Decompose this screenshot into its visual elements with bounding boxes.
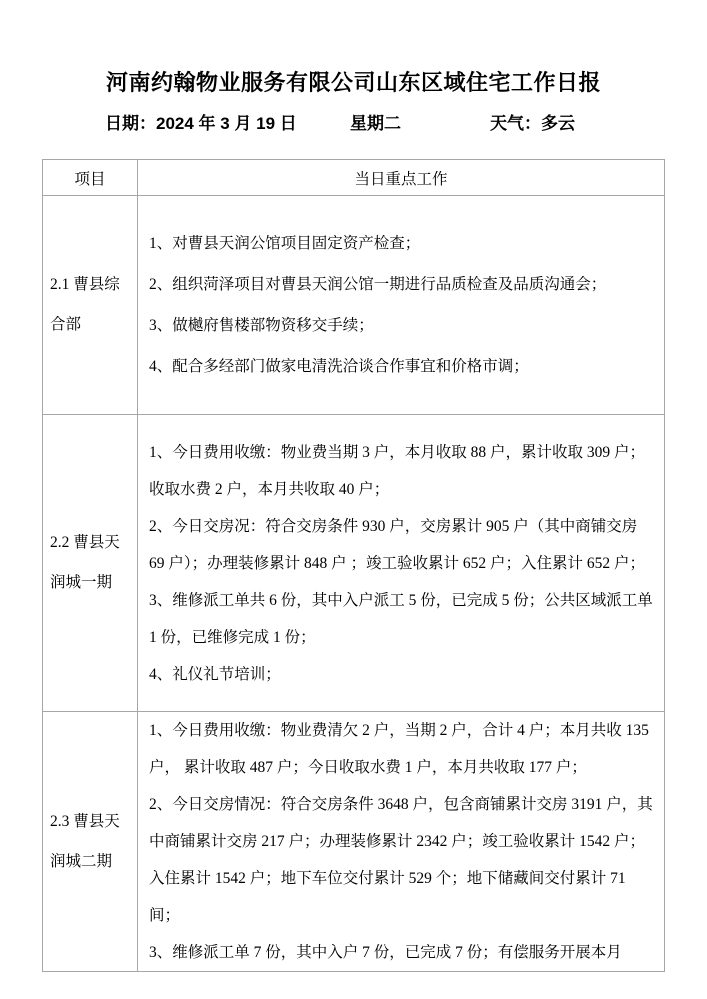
work-item: 2、今日交房情况：符合交房条件 3648 户，包含商铺累计交房 3191 户，其… xyxy=(149,786,656,934)
report-date: 日期：2024 年 3 月 19 日 xyxy=(105,109,297,134)
work-item: 3、维修派工单 7 份，其中入户 7 份，已完成 7 份；有偿服务开展本月 xyxy=(149,934,656,971)
work-item: 3、做樾府售楼部物资移交手续； xyxy=(149,305,656,346)
work-cell: 1、今日费用收缴：物业费清欠 2 户，当期 2 户，合计 4 户；本月共收 13… xyxy=(138,712,665,972)
report-weather: 天气：多云 xyxy=(490,109,575,134)
page-title: 河南约翰物业服务有限公司山东区域住宅工作日报 xyxy=(0,66,707,97)
project-cell: 2.2 曹县天润城一期 xyxy=(43,415,138,712)
work-item: 4、配合多经部门做家电清洗洽谈合作事宜和价格市调； xyxy=(149,346,656,387)
work-item: 4、礼仪礼节培训； xyxy=(149,656,656,693)
report-meta: 日期：2024 年 3 月 19 日 星期二 天气：多云 xyxy=(0,109,707,135)
table-row: 2.2 曹县天润城一期 1、今日费用收缴：物业费当期 3 户，本月收取 88 户… xyxy=(43,415,665,712)
table-row: 2.1 曹县综合部 1、对曹县天润公馆项目固定资产检查； 2、组织菏泽项目对曹县… xyxy=(43,196,665,415)
work-cell: 1、今日费用收缴：物业费当期 3 户，本月收取 88 户，累计收取 309 户；… xyxy=(138,415,665,712)
report-table: 项目 当日重点工作 2.1 曹县综合部 1、对曹县天润公馆项目固定资产检查； 2… xyxy=(42,159,665,972)
work-item: 2、今日交房况：符合交房条件 930 户，交房累计 905 户（其中商铺交房 6… xyxy=(149,508,656,582)
report-weekday: 星期二 xyxy=(350,109,401,134)
project-cell: 2.3 曹县天润城二期 xyxy=(43,712,138,972)
work-item: 2、组织菏泽项目对曹县天润公馆一期进行品质检查及品质沟通会； xyxy=(149,264,656,305)
work-item: 3、维修派工单共 6 份，其中入户派工 5 份，已完成 5 份；公共区域派工单 … xyxy=(149,582,656,656)
header-work: 当日重点工作 xyxy=(138,160,665,196)
work-item: 1、对曹县天润公馆项目固定资产检查； xyxy=(149,223,656,264)
work-cell: 1、对曹县天润公馆项目固定资产检查； 2、组织菏泽项目对曹县天润公馆一期进行品质… xyxy=(138,196,665,415)
project-cell: 2.1 曹县综合部 xyxy=(43,196,138,415)
document-page: 河南约翰物业服务有限公司山东区域住宅工作日报 日期：2024 年 3 月 19 … xyxy=(0,0,707,999)
table-row: 2.3 曹县天润城二期 1、今日费用收缴：物业费清欠 2 户，当期 2 户，合计… xyxy=(43,712,665,972)
work-item: 1、今日费用收缴：物业费清欠 2 户，当期 2 户，合计 4 户；本月共收 13… xyxy=(149,712,656,786)
work-item: 1、今日费用收缴：物业费当期 3 户，本月收取 88 户，累计收取 309 户；… xyxy=(149,434,656,508)
header-project: 项目 xyxy=(43,160,138,196)
table-header-row: 项目 当日重点工作 xyxy=(43,160,665,196)
